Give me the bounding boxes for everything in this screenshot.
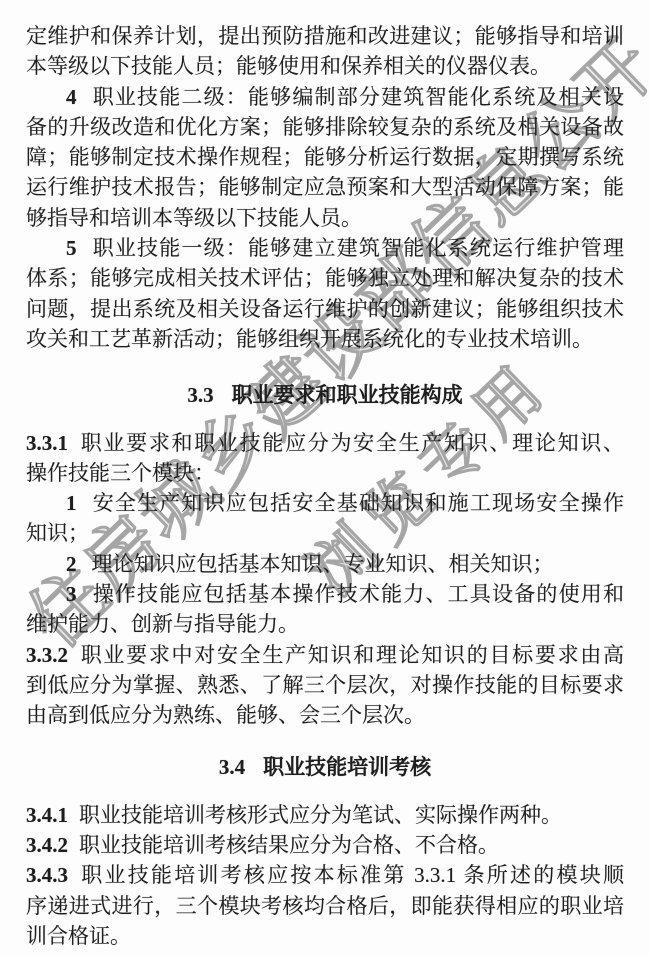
section-number: 3.3 <box>187 383 213 407</box>
line-text: 职业要求和职业技能应分为安全生产知识、理论知识、 <box>79 431 624 455</box>
text-line: 操作技能三个模块： <box>26 458 624 488</box>
text-line: 3操作技能应包括基本操作技术能力、工具设备的使用和 <box>26 579 624 609</box>
line-text: 职业技能二级：能够编制部分建筑智能化系统及相关设 <box>92 85 625 109</box>
line-text: 职业技能培训考核应按本标准第 3.3.1 条所述的模块顺 <box>79 863 624 887</box>
section-number: 3.4 <box>219 755 245 779</box>
line-text: 理论知识应包括基本知识、专业知识、相关知识； <box>92 552 554 576</box>
clause-number: 3.3.2 <box>26 643 68 667</box>
line-text: 职业技能培训考核结果应分为合格、不合格。 <box>79 833 499 857</box>
text-line: 备的升级改造和优化方案；能够排除较复杂的系统及相关设备故 <box>26 112 624 142</box>
text-line: 问题，提出系统及相关设备运行维护的创新建议；能够组织技术 <box>26 294 624 324</box>
text-line: 体系；能够完成相关技术评估；能够独立处理和解决复杂的技术 <box>26 263 624 293</box>
text-line: 知识； <box>26 518 624 548</box>
text-line: 够指导和培训本等级以下技能人员。 <box>26 203 624 233</box>
text-line: 3.3.1职业要求和职业技能应分为安全生产知识、理论知识、 <box>26 428 624 458</box>
item-number: 3 <box>66 582 77 606</box>
line-text: 安全生产知识应包括安全基础知识和施工现场安全操作 <box>92 491 625 515</box>
document-content: 定维护和保养计划，提出预防措施和改进建议；能够指导和培训 本等级以下技能人员；能… <box>26 21 624 951</box>
section-heading-3-3: 3.3职业要求和职业技能构成 <box>26 380 624 411</box>
document-page: 住房城乡建设部信息公开 浏览专用 定维护和保养计划，提出预防措施和改进建议；能够… <box>0 0 650 955</box>
line-text: 职业技能培训考核形式应分为笔试、实际操作两种。 <box>79 803 562 827</box>
text-line: 序递进式进行，三个模块考核均合格后，即能获得相应的职业培 <box>26 891 624 921</box>
text-line: 运行维护技术报告；能够制定应急预案和大型活动保障方案；能 <box>26 172 624 202</box>
line-text: 职业要求中对安全生产知识和理论知识的目标要求由高 <box>79 643 624 667</box>
text-line: 3.4.3职业技能培训考核应按本标准第 3.3.1 条所述的模块顺 <box>26 860 624 890</box>
text-line: 定维护和保养计划，提出预防措施和改进建议；能够指导和培训 <box>26 21 624 51</box>
text-line: 由高到低应分为熟练、能够、会三个层次。 <box>26 700 624 730</box>
text-line: 攻关和工艺革新活动；能够组织开展系统化的专业技术培训。 <box>26 324 624 354</box>
text-line: 2理论知识应包括基本知识、专业知识、相关知识； <box>26 549 624 579</box>
text-line: 3.3.2职业要求中对安全生产知识和理论知识的目标要求由高 <box>26 640 624 670</box>
clause-number: 3.3.1 <box>26 431 68 455</box>
section-title: 职业技能培训考核 <box>263 756 431 779</box>
text-line: 5职业技能一级：能够建立建筑智能化系统运行维护管理 <box>26 233 624 263</box>
text-line: 训合格证。 <box>26 921 624 951</box>
text-line: 障；能够制定技术操作规程；能够分析运行数据，定期撰写系统 <box>26 142 624 172</box>
line-text: 操作技能应包括基本操作技术能力、工具设备的使用和 <box>92 582 625 606</box>
item-number: 2 <box>66 552 77 576</box>
text-line: 到低应分为掌握、熟悉、了解三个层次，对操作技能的目标要求 <box>26 670 624 700</box>
clause-number: 3.4.3 <box>26 863 68 887</box>
text-line: 4职业技能二级：能够编制部分建筑智能化系统及相关设 <box>26 82 624 112</box>
text-line: 3.4.1职业技能培训考核形式应分为笔试、实际操作两种。 <box>26 800 624 830</box>
item-number: 4 <box>66 85 77 109</box>
line-text: 职业技能一级：能够建立建筑智能化系统运行维护管理 <box>92 236 625 260</box>
clause-number: 3.4.2 <box>26 833 68 857</box>
item-number: 1 <box>66 491 77 515</box>
text-line: 维护能力、创新与指导能力。 <box>26 609 624 639</box>
item-number: 5 <box>66 236 77 260</box>
text-line: 1安全生产知识应包括安全基础知识和施工现场安全操作 <box>26 488 624 518</box>
text-line: 本等级以下技能人员；能够使用和保养相关的仪器仪表。 <box>26 51 624 81</box>
clause-number: 3.4.1 <box>26 803 68 827</box>
section-title: 职业要求和职业技能构成 <box>232 384 463 407</box>
text-line: 3.4.2职业技能培训考核结果应分为合格、不合格。 <box>26 830 624 860</box>
section-heading-3-4: 3.4职业技能培训考核 <box>26 752 624 783</box>
